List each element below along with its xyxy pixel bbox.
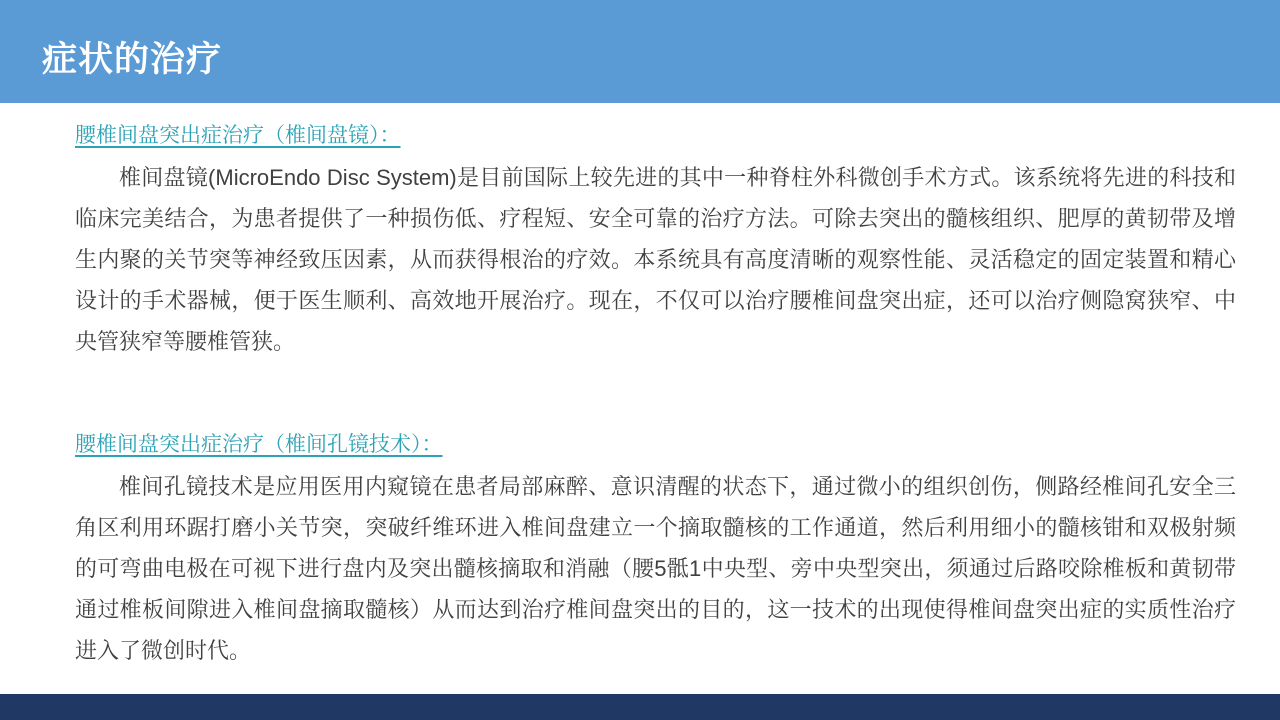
title-bar: 症状的治疗 <box>0 0 1280 103</box>
presentation-slide: 症状的治疗 腰椎间盘突出症治疗（椎间盘镜）： 椎间盘镜(MicroEndo Di… <box>0 0 1280 720</box>
section-body-foraminal-endoscopy: 椎间孔镜技术是应用医用内窥镜在患者局部麻醉、意识清醒的状态下，通过微小的组织创伤… <box>75 466 1236 671</box>
footer-bar <box>0 694 1280 720</box>
section-heading-disc-system-link[interactable]: 腰椎间盘突出症治疗（椎间盘镜）： <box>75 121 415 151</box>
section-heading-foraminal-endoscopy-link[interactable]: 腰椎间盘突出症治疗（椎间孔镜技术）： <box>75 430 457 460</box>
section-body-disc-system: 椎间盘镜(MicroEndo Disc System)是目前国际上较先进的其中一… <box>75 157 1236 362</box>
slide-body: 腰椎间盘突出症治疗（椎间盘镜）： 椎间盘镜(MicroEndo Disc Sys… <box>0 103 1280 671</box>
section-foraminal-endoscopy: 腰椎间盘突出症治疗（椎间孔镜技术）： 椎间孔镜技术是应用医用内窥镜在患者局部麻醉… <box>75 430 1236 671</box>
slide-title: 症状的治疗 <box>0 22 222 82</box>
section-disc-system: 腰椎间盘突出症治疗（椎间盘镜）： 椎间盘镜(MicroEndo Disc Sys… <box>75 121 1236 362</box>
